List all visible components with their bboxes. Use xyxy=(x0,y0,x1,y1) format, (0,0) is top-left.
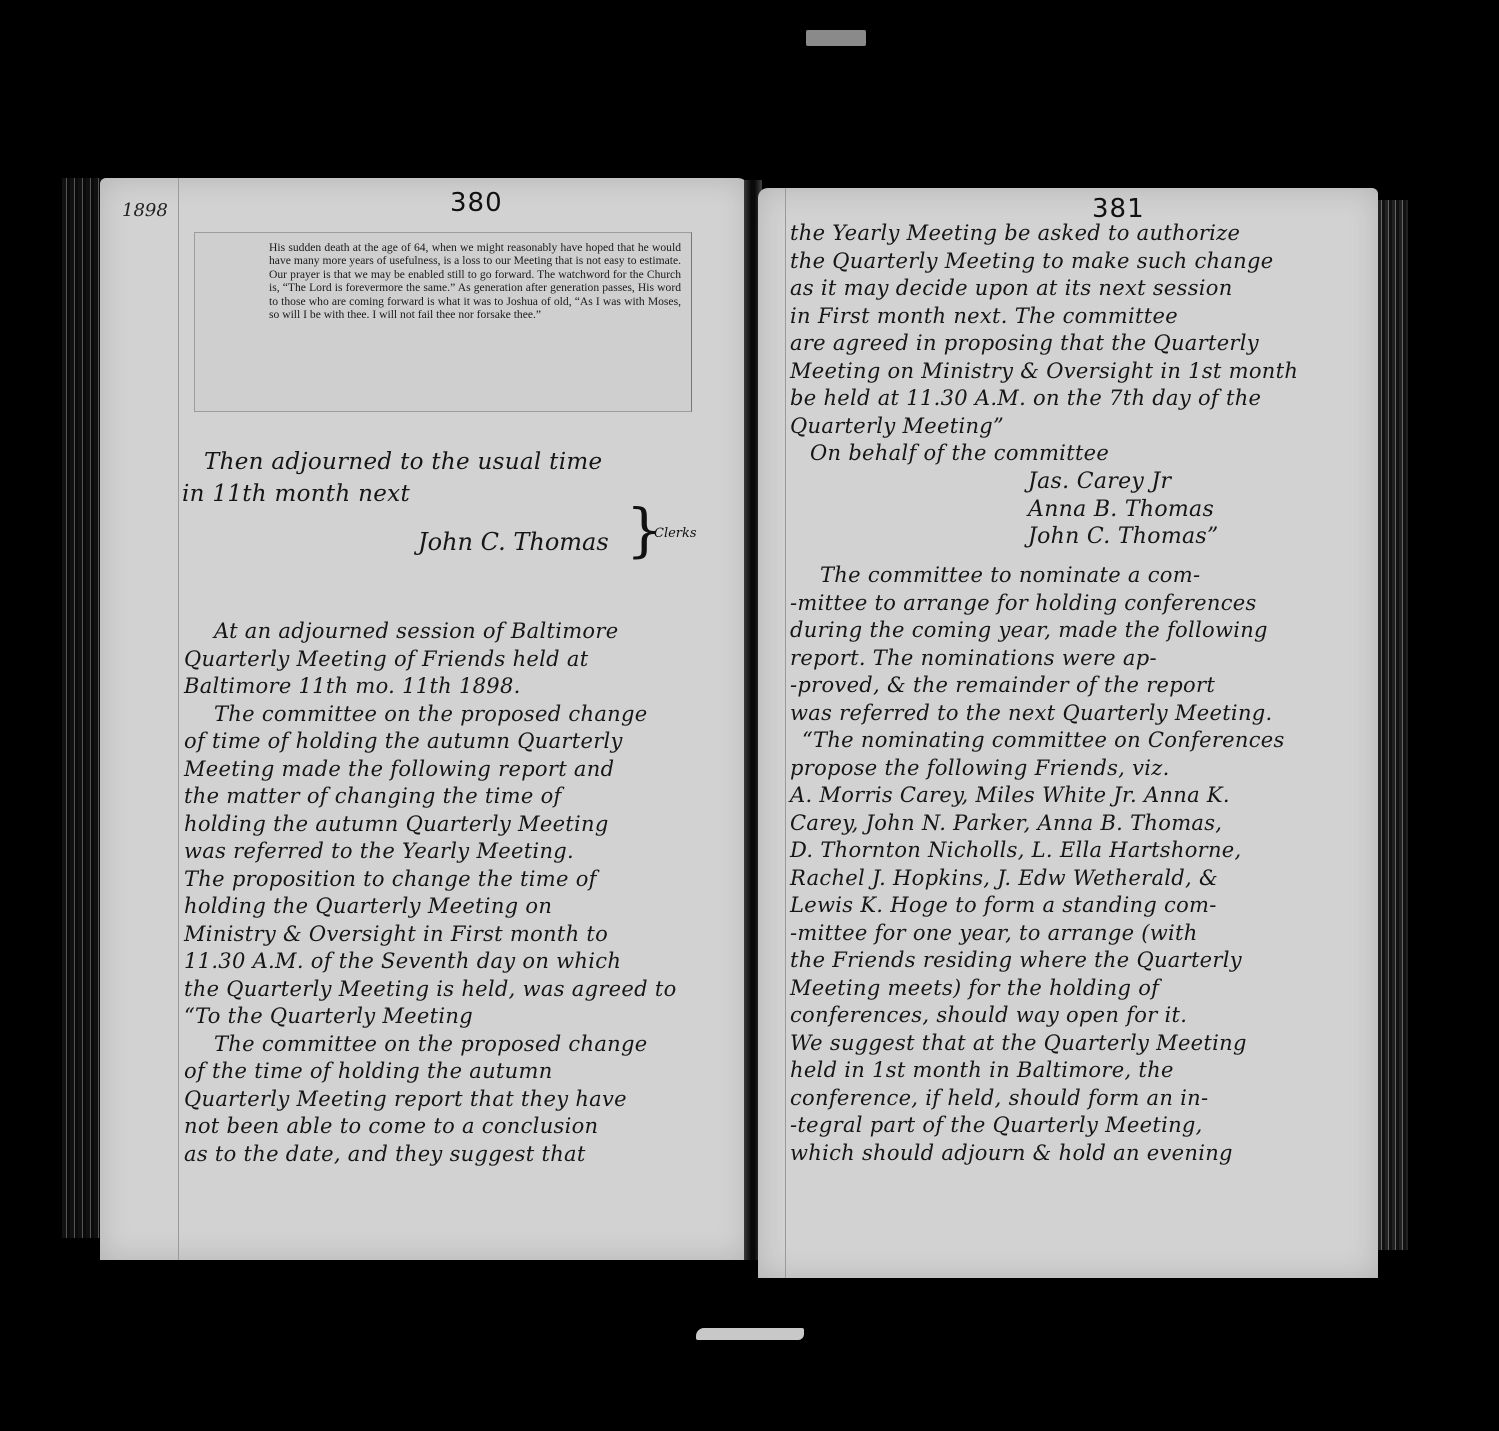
handwritten-line: was referred to the next Quarterly Meeti… xyxy=(790,700,1285,728)
signature-line: Jas. Carey Jr xyxy=(1028,468,1219,496)
left-page: 1898 380 His sudden death at the age of … xyxy=(100,178,748,1260)
scan-tab-top xyxy=(806,30,866,46)
handwritten-line: be held at 11.30 A.M. on the 7th day of … xyxy=(790,385,1298,413)
handwritten-line: of time of holding the autumn Quarterly xyxy=(184,728,677,756)
handwritten-line: of the time of holding the autumn xyxy=(184,1058,677,1086)
handwritten-line: We suggest that at the Quarterly Meeting xyxy=(790,1030,1285,1058)
handwritten-line: “The nominating committee on Conferences xyxy=(790,727,1285,755)
handwritten-line: -mittee to arrange for holding conferenc… xyxy=(790,590,1285,618)
page-edges-left xyxy=(62,178,102,1238)
year-note: 1898 xyxy=(122,200,168,221)
handwritten-line: The committee on the proposed change xyxy=(184,701,677,729)
handwritten-line: the Quarterly Meeting to make such chang… xyxy=(790,248,1298,276)
handwritten-line: On behalf of the committee xyxy=(790,440,1298,468)
handwritten-line: -tegral part of the Quarterly Meeting, xyxy=(790,1112,1285,1140)
handwritten-line: conferences, should way open for it. xyxy=(790,1002,1285,1030)
handwritten-line: in 11th month next xyxy=(182,478,602,510)
handwritten-line: Lewis K. Hoge to form a standing com- xyxy=(790,892,1285,920)
handwritten-line: The committee to nominate a com- xyxy=(790,562,1285,590)
handwritten-line: -proved, & the remainder of the report xyxy=(790,672,1285,700)
handwritten-line: Rachel J. Hopkins, J. Edw Wetherald, & xyxy=(790,865,1285,893)
handwritten-line: was referred to the Yearly Meeting. xyxy=(184,838,677,866)
committee-signatures: Jas. Carey Jr Anna B. Thomas John C. Tho… xyxy=(1028,468,1219,551)
handwritten-line: Quarterly Meeting” xyxy=(790,413,1298,441)
newspaper-clipping: His sudden death at the age of 64, when … xyxy=(194,232,692,412)
minutes-body-right-top: the Yearly Meeting be asked to authorize… xyxy=(790,220,1298,468)
handwritten-line: the Friends residing where the Quarterly xyxy=(790,947,1285,975)
margin-rule xyxy=(178,178,179,1260)
handwritten-line: as it may decide upon at its next sessio… xyxy=(790,275,1298,303)
handwritten-line: D. Thornton Nicholls, L. Ella Hartshorne… xyxy=(790,837,1285,865)
handwritten-line: holding the autumn Quarterly Meeting xyxy=(184,811,677,839)
margin-rule xyxy=(785,188,786,1278)
handwritten-line: held in 1st month in Baltimore, the xyxy=(790,1057,1285,1085)
handwritten-line: Carey, John N. Parker, Anna B. Thomas, xyxy=(790,810,1285,838)
handwritten-line: in First month next. The committee xyxy=(790,303,1298,331)
handwritten-line: A. Morris Carey, Miles White Jr. Anna K. xyxy=(790,782,1285,810)
handwritten-line: are agreed in proposing that the Quarter… xyxy=(790,330,1298,358)
handwritten-line: conference, if held, should form an in- xyxy=(790,1085,1285,1113)
handwritten-line: “To the Quarterly Meeting xyxy=(184,1003,677,1031)
clipping-text: His sudden death at the age of 64, when … xyxy=(195,233,691,321)
handwritten-line: Ministry & Oversight in First month to xyxy=(184,921,677,949)
handwritten-line: report. The nominations were ap- xyxy=(790,645,1285,673)
signature-line: Anna B. Thomas xyxy=(1028,496,1219,524)
handwritten-line: At an adjourned session of Baltimore xyxy=(184,618,677,646)
adjournment-note: Then adjourned to the usual time in 11th… xyxy=(204,446,602,510)
signature-line: John C. Thomas” xyxy=(1028,523,1219,551)
handwritten-line: Meeting made the following report and xyxy=(184,756,677,784)
handwritten-line: as to the date, and they suggest that xyxy=(184,1141,677,1169)
clerk-signature: John C. Thomas xyxy=(418,528,609,556)
page-number: 380 xyxy=(450,188,503,218)
handwritten-line: The committee on the proposed change xyxy=(184,1031,677,1059)
handwritten-line: during the coming year, made the followi… xyxy=(790,617,1285,645)
handwritten-line: the Quarterly Meeting is held, was agree… xyxy=(184,976,677,1004)
clerks-label: Clerks xyxy=(654,526,697,541)
handwritten-line: Baltimore 11th mo. 11th 1898. xyxy=(184,673,677,701)
minutes-body-left: At an adjourned session of Baltimore Qua… xyxy=(184,618,677,1168)
handwritten-line: holding the Quarterly Meeting on xyxy=(184,893,677,921)
handwritten-line: 11.30 A.M. of the Seventh day on which xyxy=(184,948,677,976)
page-edges-right xyxy=(1378,200,1408,1250)
handwritten-line: Quarterly Meeting report that they have xyxy=(184,1086,677,1114)
handwritten-line: Meeting on Ministry & Oversight in 1st m… xyxy=(790,358,1298,386)
right-page: 381 the Yearly Meeting be asked to autho… xyxy=(758,188,1378,1278)
minutes-body-right-bottom: The committee to nominate a com- -mittee… xyxy=(790,562,1285,1167)
handwritten-line: not been able to come to a conclusion xyxy=(184,1113,677,1141)
scan-tab-bottom xyxy=(696,1328,804,1340)
handwritten-line: Then adjourned to the usual time xyxy=(204,446,602,478)
handwritten-line: the matter of changing the time of xyxy=(184,783,677,811)
handwritten-line: Quarterly Meeting of Friends held at xyxy=(184,646,677,674)
handwritten-line: propose the following Friends, viz. xyxy=(790,755,1285,783)
handwritten-line: Meeting meets) for the holding of xyxy=(790,975,1285,1003)
handwritten-line: which should adjourn & hold an evening xyxy=(790,1140,1285,1168)
handwritten-line: The proposition to change the time of xyxy=(184,866,677,894)
handwritten-line: the Yearly Meeting be asked to authorize xyxy=(790,220,1298,248)
handwritten-line: -mittee for one year, to arrange (with xyxy=(790,920,1285,948)
